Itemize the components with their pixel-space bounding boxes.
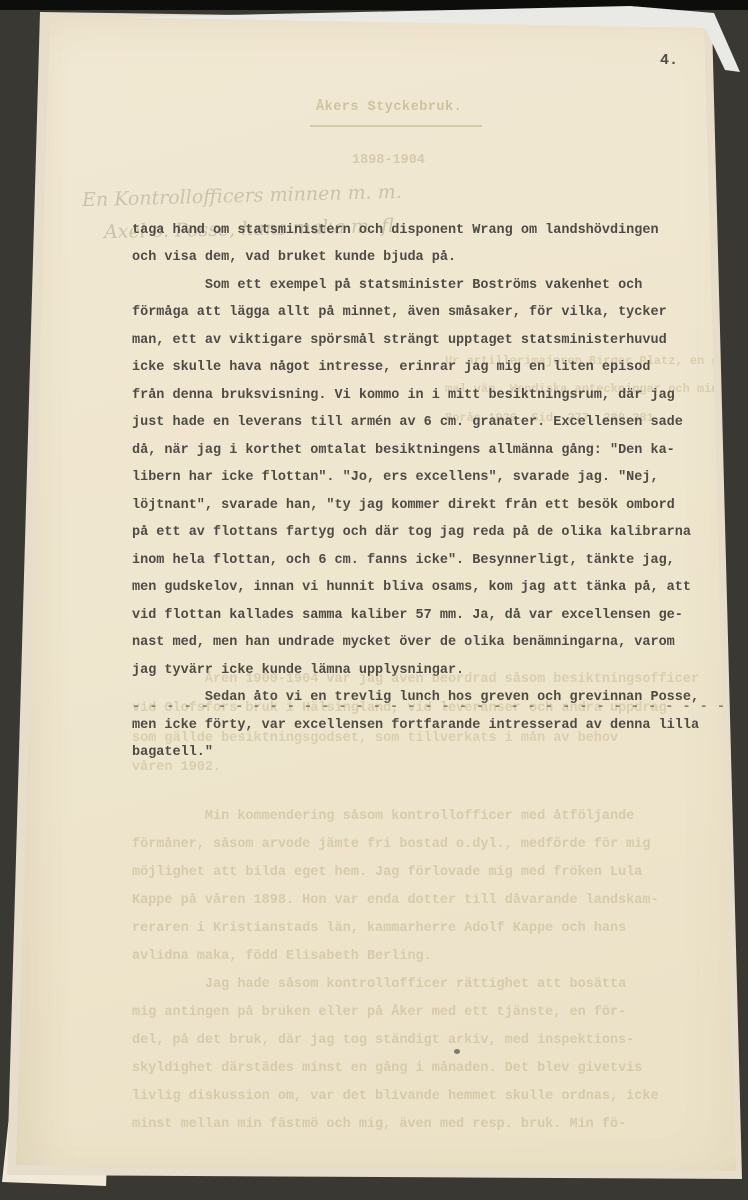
typewritten-line: man, ett av viktigare spörsmål strängt u… bbox=[132, 327, 732, 355]
typewritten-line: just hade en leverans till armén av 6 cm… bbox=[132, 409, 732, 437]
ghost-paragraph-line: del, på det bruk, där jag tog ständigt a… bbox=[132, 1027, 742, 1055]
typewritten-line: på ett av flottans fartyg och där tog ja… bbox=[132, 519, 732, 547]
dashed-separator: - - - - - - - - - - - - - - - - - - - - … bbox=[132, 700, 726, 716]
ghost-paragraph-line: livlig diskussion om, var det blivande h… bbox=[132, 1083, 742, 1111]
ghost-paragraph-line: mig antingen på bruken eller på Åker med… bbox=[132, 999, 742, 1027]
typewritten-line: löjtnant", svarade han, "ty jag kommer d… bbox=[132, 492, 732, 520]
typewritten-line: Som ett exempel på statsminister Boström… bbox=[132, 272, 732, 300]
typewritten-line: förmåga att lägga allt på minnet, även s… bbox=[132, 299, 732, 327]
typewritten-line: icke skulle hava något intresse, erinrar… bbox=[132, 354, 732, 382]
typewritten-line: inom hela flottan, och 6 cm. fanns icke"… bbox=[132, 547, 732, 575]
ghost-paragraph-line: avlidna maka, född Elisabeth Berling. bbox=[132, 943, 742, 971]
ghost-paragraph-line: minst mellan min fästmö och mig, även me… bbox=[132, 1111, 742, 1139]
typewritten-line: taga hand om statsministern och disponen… bbox=[132, 217, 732, 245]
ink-speck bbox=[454, 1049, 460, 1054]
typewritten-line: från denna bruksvisning. Vi kommo in i m… bbox=[132, 382, 732, 410]
typewritten-line: då, när jag i korthet omtalat besiktning… bbox=[132, 437, 732, 465]
photograph-background: 4. Åkers Styckebruk. 1898-1904 En Kontro… bbox=[0, 0, 748, 1200]
typewritten-line: och visa dem, vad bruket kunde bjuda på. bbox=[132, 244, 732, 272]
ghost-paragraph-line: reraren i Kristianstads län, kammarherre… bbox=[132, 915, 742, 943]
typewritten-line: libern har icke flottan". "Jo, ers excel… bbox=[132, 464, 732, 492]
ghost-paragraph-line: möjlighet att bilda eget hem. Jag förlov… bbox=[132, 859, 742, 887]
page-number: 4. bbox=[660, 52, 678, 69]
ghost-paragraph-line: Jag hade såsom kontrollofficer rättighet… bbox=[132, 971, 742, 999]
ghost-heading-underline bbox=[310, 125, 482, 127]
document-page: 4. Åkers Styckebruk. 1898-1904 En Kontro… bbox=[0, 0, 748, 1200]
ghost-paragraph-line: Kappe på våren 1898. Hon var enda dotter… bbox=[132, 887, 742, 915]
ghost-mid-note-line: Åren 1900-1904 var jag även beordrad sås… bbox=[132, 665, 699, 695]
ghost-paragraph-line: förmåner, såsom arvode jämte fri bostad … bbox=[132, 831, 742, 859]
ghost-paragraph-line: Min kommendering såsom kontrollofficer m… bbox=[132, 803, 742, 831]
ghost-paragraph-block: Min kommendering såsom kontrollofficer m… bbox=[132, 719, 742, 1139]
ghost-paragraph-line: skyldighet därstädes minst en gång i mån… bbox=[132, 1055, 742, 1083]
ghost-heading: Åkers Styckebruk. bbox=[316, 100, 462, 115]
